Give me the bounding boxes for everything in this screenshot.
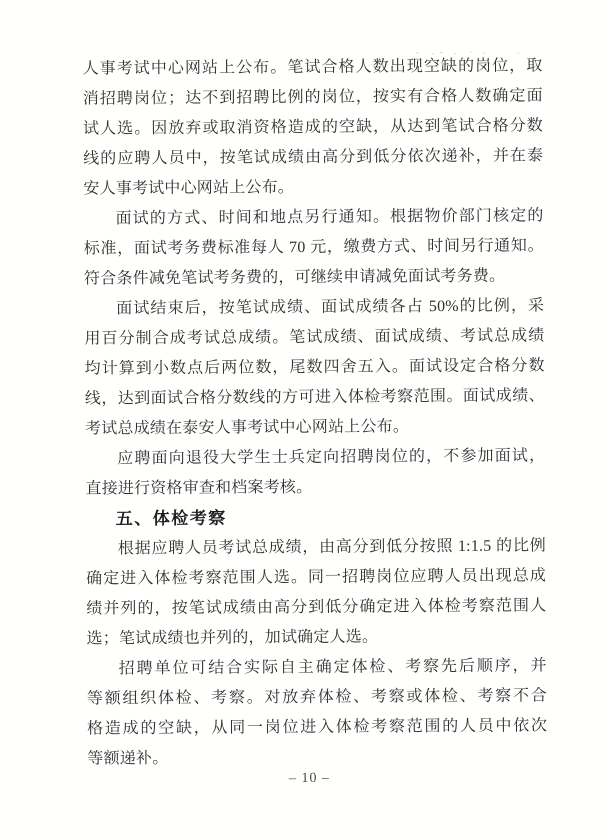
text-line: 用百分制合成考试总成绩。笔试成绩、面试成绩、考试总成绩 — [84, 321, 544, 354]
text-line: 招聘单位可结合实际自主确定体检、考察先后顺序，并 — [87, 651, 547, 684]
text-line: 绩并列的，按笔试成绩由高分到低分确定进入体检考察范围人 — [86, 591, 546, 624]
text-line: 根据应聘人员考试总成绩，由高分到低分按照 1:1.5 的比例 — [86, 531, 546, 564]
text-line: 线，达到面试合格分数线的方可进入体检考察范围。面试成绩、 — [85, 381, 545, 414]
scanned-sheet: 人事考试中心网站上公布。笔试合格人数出现空缺的岗位，取 消招聘岗位；达不到招聘比… — [0, 0, 614, 840]
text-line: 直接进行资格审查和档案考核。 — [85, 471, 545, 504]
text-line: 面试的方式、时间和地点另行通知。根据物价部门核定的 — [83, 201, 543, 234]
text-line: 消招聘岗位；达不到招聘比例的岗位，按实有合格人数确定面 — [83, 81, 543, 114]
text-line: 应聘面向退役大学生士兵定向招聘岗位的，不参加面试， — [85, 441, 545, 474]
text-line: 格造成的空缺，从同一岗位进入体检考察范围的人员中依次 — [87, 711, 547, 744]
text-line: 安人事考试中心网站上公布。 — [83, 171, 543, 204]
paragraph-veteran-positions: 应聘面向退役大学生士兵定向招聘岗位的，不参加面试， 直接进行资格审查和档案考核。 — [85, 441, 545, 504]
text-line: 考试总成绩在泰安人事考试中心网站上公布。 — [85, 411, 545, 444]
text-line: 确定进入体检考察范围人选。同一招聘岗位应聘人员出现总成 — [86, 561, 546, 594]
paragraph-interview-notice: 面试的方式、时间和地点另行通知。根据物价部门核定的 标准，面试考务费标准每人 7… — [83, 201, 544, 294]
text-line: 标准，面试考务费标准每人 70 元，缴费方式、时间另行通知。 — [84, 231, 544, 264]
paragraph-exam-order: 招聘单位可结合实际自主确定体检、考察先后顺序，并 等额组织体检、考察。对放弃体检… — [87, 651, 548, 774]
paragraph-score-calculation: 面试结束后，按笔试成绩、面试成绩各占 50%的比例，采 用百分制合成考试总成绩。… — [84, 291, 545, 444]
text-line: 均计算到小数点后两位数，尾数四舍五入。面试设定合格分数 — [85, 351, 545, 384]
text-line: 人事考试中心网站上公布。笔试合格人数出现空缺的岗位，取 — [82, 51, 542, 84]
section-heading: 五、体检考察 — [86, 501, 546, 534]
text-line: 选；笔试成绩也并列的，加试确定人选。 — [86, 621, 546, 654]
text-line: 面试结束后，按笔试成绩、面试成绩各占 50%的比例，采 — [84, 291, 544, 324]
page-body-text: 人事考试中心网站上公布。笔试合格人数出现空缺的岗位，取 消招聘岗位；达不到招聘比… — [82, 51, 547, 774]
text-line: 等额组织体检、考察。对放弃体检、考察或体检、考察不合 — [87, 681, 547, 714]
document-page: 人事考试中心网站上公布。笔试合格人数出现空缺的岗位，取 消招聘岗位；达不到招聘比… — [0, 0, 614, 840]
text-line: 试人选。因放弃或取消资格造成的空缺，从达到笔试合格分数 — [83, 111, 543, 144]
paragraph-physical-exam-ratio: 根据应聘人员考试总成绩，由高分到低分按照 1:1.5 的比例 确定进入体检考察范… — [86, 531, 547, 654]
paragraph-continuation: 人事考试中心网站上公布。笔试合格人数出现空缺的岗位，取 消招聘岗位；达不到招聘比… — [82, 51, 543, 204]
section-five: 五、体检考察 — [86, 501, 546, 534]
page-number: – 10 – — [2, 767, 614, 791]
text-line: 符合条件减免笔试考务费的，可继续申请减免面试考务费。 — [84, 261, 544, 294]
text-line: 线的应聘人员中，按笔试成绩由高分到低分依次递补，并在泰 — [83, 141, 543, 174]
